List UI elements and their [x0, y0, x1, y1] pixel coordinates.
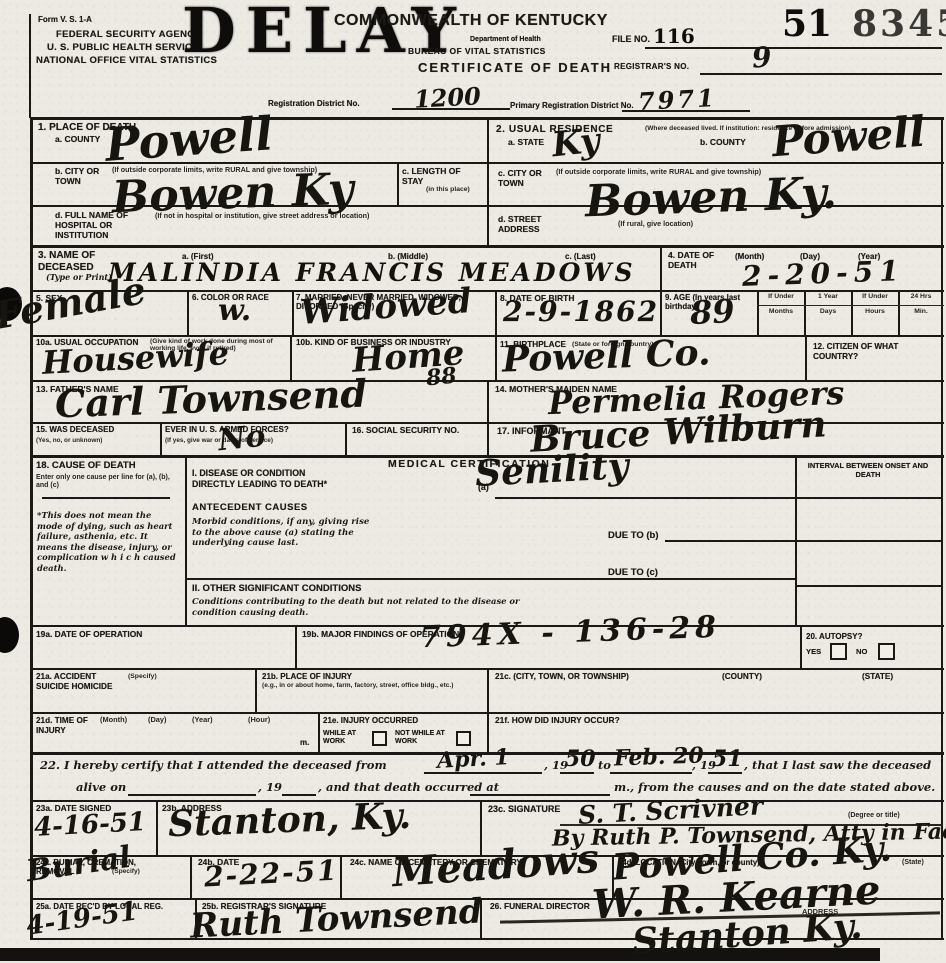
- agency-line-1: FEDERAL SECURITY AGENCY: [56, 29, 201, 40]
- grid-line: [295, 625, 297, 668]
- residence-city-value: Bowen Ky.: [584, 172, 837, 225]
- injury-time-m-suffix: m.: [300, 738, 309, 747]
- certify-p5: , that I last saw the deceased: [744, 758, 931, 772]
- disease-label-1: I. DISEASE OR CONDITION: [192, 468, 305, 478]
- birthplace-value: Powell Co.: [501, 334, 711, 377]
- operation-findings-value: 794X - 136-28: [420, 613, 722, 653]
- dod-label: 4. DATE OF DEATH: [668, 250, 720, 270]
- signature-note: (Degree or title): [848, 812, 900, 820]
- sex-value: Female: [0, 271, 149, 335]
- grid-line: [397, 162, 399, 205]
- dob-value: 2-9-1862: [503, 298, 659, 326]
- hospital-note: (If not in hospital or institution, give…: [155, 212, 455, 220]
- not-while-at-work-checkbox: [456, 731, 471, 746]
- agency-line-2: U. S. PUBLIC HEALTH SERVICE: [47, 42, 199, 53]
- certify-to-line: [610, 772, 692, 774]
- grid-line: [190, 855, 192, 898]
- certify-from-value: Apr. 1: [436, 746, 510, 772]
- certify-fromyr-line: [560, 772, 594, 774]
- autopsy-label: 20. AUTOPSY?: [806, 632, 862, 641]
- burial-date-value: 2-22-51: [203, 856, 339, 891]
- certify-p3: to: [598, 758, 611, 772]
- funeral-director-label: 26. FUNERAL DIRECTOR: [490, 902, 590, 912]
- grid-line: [487, 380, 489, 422]
- residence-street-note: (If rural, give location): [618, 220, 738, 228]
- margin-scribble: 88: [425, 364, 458, 389]
- autopsy-no-checkbox: [878, 643, 895, 660]
- injury-time-label: 21d. TIME OF INJURY: [36, 716, 88, 735]
- autopsy-no-label: NO: [856, 648, 867, 657]
- grid-line: [160, 422, 162, 455]
- grid-line: [757, 305, 944, 306]
- residence-state-value: Ky: [550, 124, 601, 163]
- cause-footnote: *This does not mean the mode of dying, s…: [37, 510, 179, 573]
- grid-line: [156, 800, 158, 855]
- certify-at-line: [470, 794, 610, 796]
- grid-line: [495, 290, 497, 335]
- grid-line: [805, 335, 807, 380]
- grid-line: [318, 712, 320, 752]
- injury-time-hour: (Hour): [248, 716, 270, 724]
- cause-enter-note: Enter only one cause per line for (a), (…: [36, 474, 176, 490]
- grid-line: [185, 455, 187, 625]
- injury-time-day: (Day): [148, 716, 166, 724]
- certify-to-value: Feb. 20: [614, 744, 704, 769]
- operation-date-label: 19a. DATE OF OPERATION: [36, 630, 186, 640]
- certify-toyr-line: [708, 772, 742, 774]
- injury-place-label: 21b. PLACE OF INJURY: [262, 672, 352, 681]
- length-of-stay-note: (in this place): [426, 186, 486, 194]
- hospital-label: d. FULL NAME OF HOSPITAL OR INSTITUTION: [55, 210, 151, 240]
- department-subtitle: Department of Health: [470, 36, 541, 44]
- grid-line: [340, 855, 342, 898]
- registrars-no-value: 9: [751, 43, 772, 72]
- age-col4-top: 24 Hrs: [900, 293, 942, 301]
- interval-line: [795, 585, 942, 587]
- occupation-value: Housewife: [41, 337, 229, 379]
- age-col1-top: If Under: [760, 293, 802, 301]
- cemetery-value: Meadows: [391, 839, 601, 893]
- injury-place-note: (e.g., in or about home, farm, factory, …: [262, 682, 462, 689]
- grid-line: [804, 290, 806, 335]
- certify-p1: 22. I hereby certify that I attended the…: [40, 758, 387, 772]
- age-col2-bottom: Days: [807, 308, 849, 316]
- injury-kind-note: (Specify): [128, 673, 157, 681]
- residence-county-value: Powell: [771, 111, 927, 164]
- cause-title: 18. CAUSE OF DEATH: [36, 460, 136, 471]
- certificate-title: CERTIFICATE OF DEATH: [418, 60, 612, 75]
- residence-state-label: a. STATE: [508, 137, 544, 147]
- how-injury-label: 21f. HOW DID INJURY OCCUR?: [495, 716, 620, 726]
- grid-line: [487, 422, 489, 455]
- age-col3-bottom: Hours: [854, 308, 896, 316]
- certify-p7: , 19: [258, 780, 282, 794]
- other-conditions-note: Conditions contributing to the death but…: [192, 596, 522, 617]
- signature-label: 23c. SIGNATURE: [488, 804, 560, 815]
- while-at-work-checkbox: [372, 731, 387, 746]
- injury-time-year: (Year): [192, 716, 213, 724]
- place-county-value: Powell: [104, 110, 275, 168]
- age-col2-top: 1 Year: [807, 293, 849, 301]
- place-county-label: a. COUNTY: [55, 134, 100, 144]
- address-value: Stanton, Ky.: [167, 798, 411, 842]
- stamp-year: 51: [782, 6, 832, 42]
- interval-line: [795, 497, 942, 499]
- death-certificate-scan: Form V. S. 1-A FEDERAL SECURITY AGENCY U…: [0, 0, 946, 963]
- grid-line: [487, 668, 489, 712]
- residence-county-label: b. COUNTY: [700, 137, 746, 147]
- interval-line: [795, 540, 942, 542]
- grid-line: [941, 117, 943, 940]
- certify-p9: m., from the causes and on the date stat…: [614, 780, 935, 794]
- age-col1-bottom: Months: [760, 308, 802, 316]
- bureau-subtitle: BUREAU OF VITAL STATISTICS: [408, 46, 546, 56]
- interval-label: INTERVAL BETWEEN ONSET AND DEATH: [802, 462, 934, 479]
- grid-line: [800, 625, 802, 668]
- disease-value: Senility: [474, 448, 629, 492]
- grid-line: [495, 335, 497, 380]
- citizen-label: 12. CITIZEN OF WHAT COUNTRY?: [813, 342, 925, 361]
- antecedent-note: Morbid conditions, if any, giving rise t…: [192, 517, 372, 549]
- file-no-value: 116: [653, 26, 695, 46]
- certify-yr-line: [282, 794, 316, 796]
- father-value: Carl Townsend: [54, 375, 367, 424]
- cause-c-separator: [185, 578, 795, 580]
- grid-line: [487, 117, 489, 245]
- grid-line: [345, 422, 347, 455]
- certify-p8: , and that death occurred at: [318, 780, 499, 794]
- registrars-no-line: [700, 73, 942, 75]
- reg-district-line: [392, 108, 510, 110]
- certify-aliveon-line: [128, 794, 256, 796]
- reg-district-label: Registration District No.: [268, 99, 360, 108]
- place-city-label: b. CITY OR TOWN: [55, 166, 101, 186]
- marital-value: Widowed: [299, 284, 473, 330]
- injury-occurred-label: 21e. INJURY OCCURRED: [323, 716, 418, 725]
- injury-county-label: (COUNTY): [722, 672, 762, 682]
- grid-line: [255, 668, 257, 712]
- primary-district-line: [622, 110, 750, 112]
- not-while-at-work-label: NOT WHILE AT WORK: [395, 730, 453, 747]
- cause-a-line: [495, 497, 795, 499]
- hole-punch-bottom: [0, 617, 19, 653]
- length-of-stay-label: c. LENGTH OF STAY: [402, 166, 484, 186]
- due-to-b-label: DUE TO (b): [608, 530, 659, 541]
- race-value: w.: [218, 296, 251, 326]
- armed-label: 15. WAS DECEASED: [36, 425, 114, 434]
- grid-line: [757, 290, 759, 335]
- burial-location-note: (State): [902, 859, 924, 867]
- registrars-no-label: REGISTRAR'S NO.: [614, 62, 689, 71]
- armed-note-1: (Yes, no, or unknown): [36, 437, 156, 444]
- dod-value: 2-20-51: [742, 257, 906, 291]
- grid-line: [30, 245, 944, 248]
- grid-line: [660, 245, 662, 290]
- injury-time-month: (Month): [100, 716, 127, 724]
- injury-state-label: (STATE): [862, 672, 893, 682]
- file-no-label: FILE NO.: [612, 34, 650, 45]
- residence-city-label: c. CITY OR TOWN: [498, 168, 544, 188]
- certify-p6: alive on: [76, 780, 126, 794]
- other-conditions-title: II. OTHER SIGNIFICANT CONDITIONS: [192, 583, 361, 594]
- form-code: Form V. S. 1-A: [38, 15, 92, 24]
- commonwealth-title: COMMONWEALTH OF KENTUCKY: [334, 12, 608, 31]
- grid-line: [292, 290, 294, 335]
- autopsy-yes-label: YES: [806, 648, 821, 657]
- armed-value: No: [217, 422, 267, 457]
- grid-line: [30, 800, 944, 802]
- primary-district-label: Primary Registration District No.: [510, 101, 634, 110]
- due-to-c-label: DUE TO (c): [608, 567, 658, 578]
- grid-line: [660, 290, 662, 335]
- certify-from-year: 50: [565, 748, 596, 770]
- paper-edge: [29, 14, 31, 118]
- residence-street-label: d. STREET ADDRESS: [498, 214, 558, 234]
- deceased-name-value: MALINDIA FRANCIS MEADOWS: [108, 260, 636, 285]
- ssn-label: 16. SOCIAL SECURITY NO.: [352, 426, 482, 436]
- disease-label-2: DIRECTLY LEADING TO DEATH*: [192, 479, 327, 489]
- burial-kind-value: Burial: [24, 843, 132, 887]
- cause-b-line: [665, 540, 795, 542]
- age-value: 89: [689, 295, 735, 329]
- antecedent-title: ANTECEDENT CAUSES: [192, 502, 308, 513]
- certify-to-year: 51: [712, 748, 743, 770]
- while-at-work-label: WHILE AT WORK: [323, 730, 373, 747]
- age-col4-bottom: Min.: [900, 308, 942, 316]
- cause-separator: [42, 497, 170, 499]
- stamp-serial: 8345: [852, 6, 946, 42]
- file-no-line: [645, 47, 942, 49]
- age-col3-top: If Under: [854, 293, 896, 301]
- date-signed-value: 4-16-51: [33, 809, 146, 841]
- autopsy-yes-checkbox: [830, 643, 847, 660]
- grid-line: [851, 290, 853, 335]
- injury-kind-label: 21a. ACCIDENT SUICIDE HOMICIDE: [36, 672, 116, 691]
- grid-line: [187, 290, 189, 335]
- injury-city-label: 21c. (CITY, TOWN, OR TOWNSHIP): [495, 672, 629, 682]
